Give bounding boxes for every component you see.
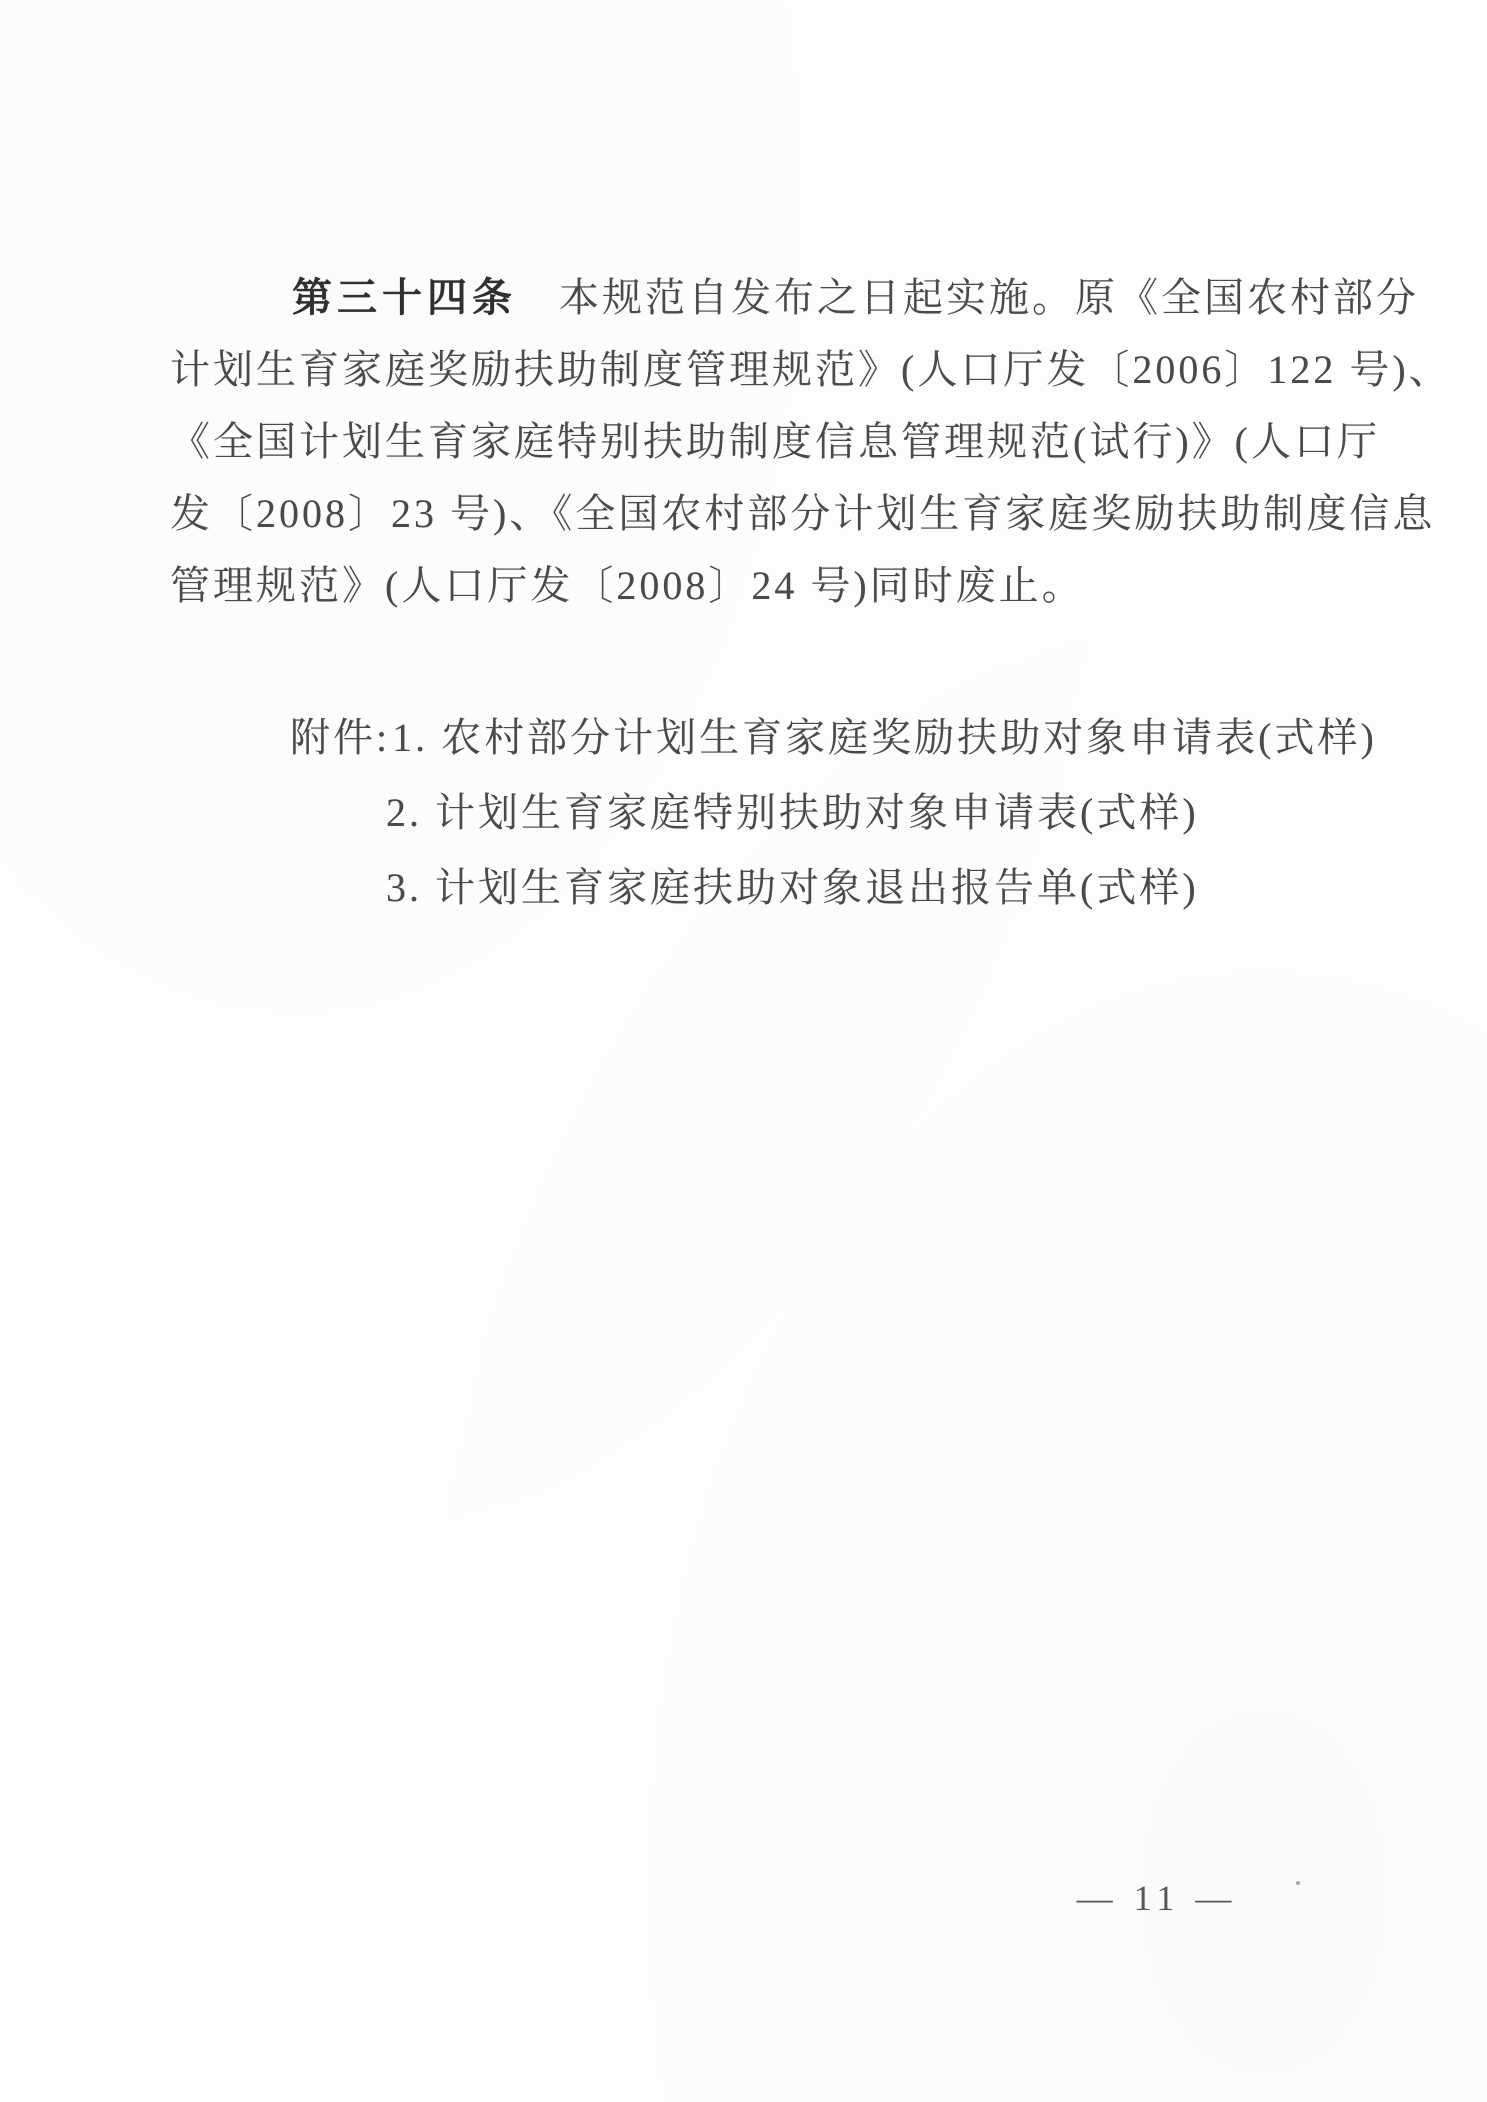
paragraph-line-4: 发〔2008〕23 号)、《全国农村部分计划生育家庭奖励扶助制度信息 (170, 478, 1385, 550)
article-paragraph: 第三十四条本规范自发布之日起实施。原《全国农村部分 计划生育家庭奖励扶助制度管理… (170, 262, 1385, 622)
attachment-item-3: 3. 计划生育家庭扶助对象退出报告单(式样) (386, 865, 1199, 910)
document-page: 第三十四条本规范自发布之日起实施。原《全国农村部分 计划生育家庭奖励扶助制度管理… (0, 0, 1487, 2102)
attachment-row-3: 3. 计划生育家庭扶助对象退出报告单(式样) (290, 850, 1377, 925)
scan-speck (1296, 1881, 1300, 1885)
paragraph-line-3: 《全国计划生育家庭特别扶助制度信息管理规范(试行)》(人口厅 (170, 406, 1385, 478)
paragraph-text: 本规范自发布之日起实施。原《全国农村部分 (559, 275, 1419, 320)
article-number: 第三十四条 (292, 276, 517, 320)
attachment-row-2: 2. 计划生育家庭特别扶助对象申请表(式样) (290, 775, 1377, 850)
attachment-item-2: 2. 计划生育家庭特别扶助对象申请表(式样) (386, 790, 1199, 835)
paragraph-line-2: 计划生育家庭奖励扶助制度管理规范》(人口厅发〔2006〕122 号)、 (170, 334, 1385, 406)
attachment-row-1: 附件:1. 农村部分计划生育家庭奖励扶助对象申请表(式样) (290, 700, 1377, 775)
attachments-section: 附件:1. 农村部分计划生育家庭奖励扶助对象申请表(式样) 2. 计划生育家庭特… (290, 700, 1377, 925)
attachments-label: 附件: (290, 715, 392, 760)
page-number: — 11 — (1037, 1876, 1277, 1920)
paragraph-line-1: 第三十四条本规范自发布之日起实施。原《全国农村部分 (170, 262, 1385, 334)
attachment-item-1: 1. 农村部分计划生育家庭奖励扶助对象申请表(式样) (392, 715, 1377, 760)
paragraph-line-5: 管理规范》(人口厅发〔2008〕24 号)同时废止。 (170, 550, 1385, 622)
